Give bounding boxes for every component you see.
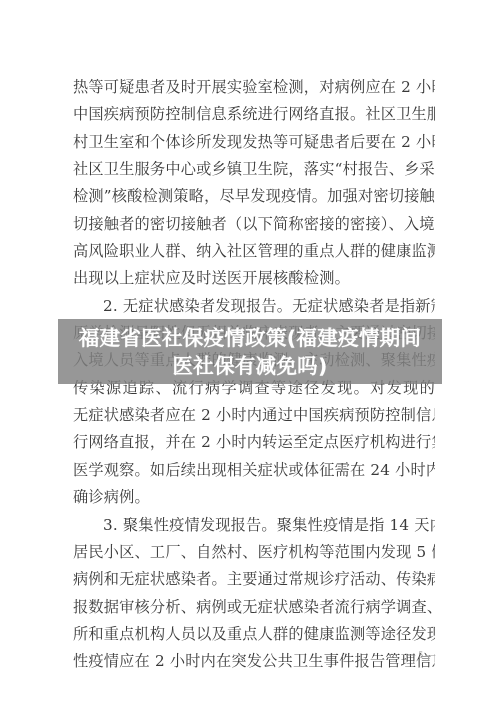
body-line-22: 性疫情应在 2 小时内在突发公共卫生事件报告管理信息系统网: [73, 648, 435, 675]
body-line-14: 行网络直报，并在 2 小时内转运至定点医疗机构进行集中隔离: [73, 429, 435, 456]
body-line-8: 出现以上症状应及时送医开展核酸检测。: [73, 265, 435, 292]
body-line-18: 居民小区、工厂、自然村、医疗机构等范围内发现 5 例及以上: [73, 539, 435, 566]
body-line-16: 确诊病例。: [73, 484, 435, 511]
page-number: — 5 —: [404, 650, 438, 660]
overlay-title-line-1: 福建省医社保疫情政策(福建疫情期间: [79, 324, 421, 352]
body-line-13: 无症状感染者应在 2 小时内通过中国疾病预防控制信息系统进: [73, 402, 435, 429]
body-line-3: 村卫生室和个体诊所发现发热等可疑患者后要在 2 小时内报告: [73, 129, 435, 156]
body-line-5: 检测”核酸检测策略，尽早发现疫情。加强对密切接触者和密: [73, 183, 435, 210]
body-line-4: 社区卫生服务中心或乡镇卫生院，落实“村报告、乡采样、县: [73, 156, 435, 183]
title-overlay-banner: 福建省医社保疫情政策(福建疫情期间 医社保有减免吗): [58, 319, 442, 384]
body-line-7: 高风险职业人群、纳入社区管理的重点人群的健康监测，一旦: [73, 238, 435, 265]
body-line-15: 医学观察。如后续出现相关症状或体征需在 24 小时内订正为: [73, 457, 435, 484]
body-line-1: 热等可疑患者及时开展实验室检测，对病例应在 2 小时内通过: [73, 74, 435, 101]
overlay-title-line-2: 医社保有减免吗): [172, 352, 327, 380]
section-2-heading-line: 2. 无症状感染者发现报告。无症状感染者是指新冠病毒病: [73, 293, 435, 320]
body-line-6: 切接触者的密切接触者（以下简称密接的密接）、入境人员、: [73, 211, 435, 238]
section-3-heading-line: 3. 聚集性疫情发现报告。聚集性疫情是指 14 天内在学校、: [73, 512, 435, 539]
body-line-2: 中国疾病预防控制信息系统进行网络直报。社区卫生服务站、: [73, 101, 435, 128]
body-line-20: 报数据审核分析、病例或无症状感染者流行病学调查、重点场: [73, 594, 435, 621]
body-line-21: 所和重点机构人员以及重点人群的健康监测等途径发现。聚集: [73, 621, 435, 648]
body-line-19: 病例和无症状感染者。主要通过常规诊疗活动、传染病网络直: [73, 566, 435, 593]
